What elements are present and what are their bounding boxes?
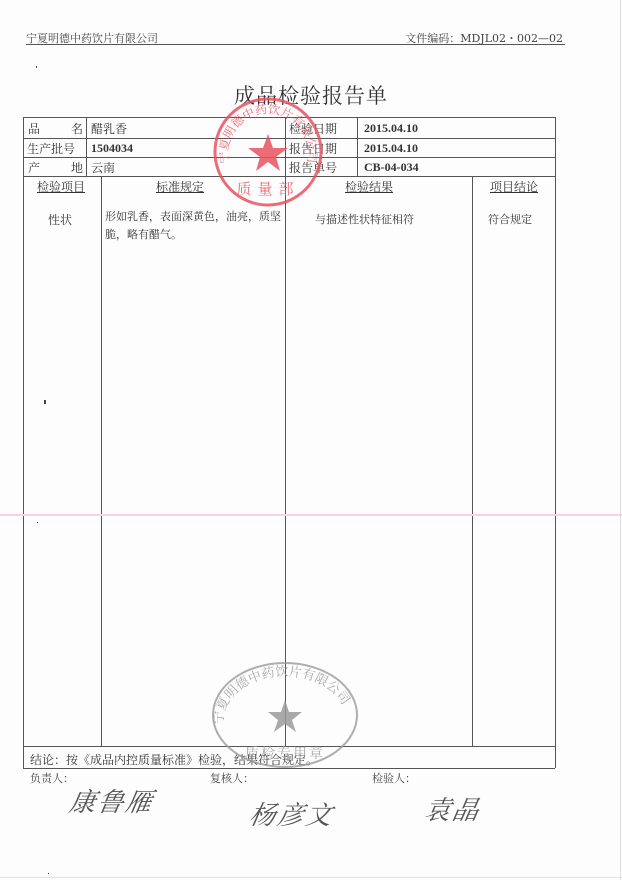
origin-label: 产 地 bbox=[28, 159, 83, 176]
product-name-label: 品 名 bbox=[28, 120, 83, 137]
column-header-item: 检验项目 bbox=[37, 178, 85, 195]
row-standard: 形如乳香，表面深黄色，油亮，质坚脆，略有醋气。 bbox=[105, 208, 285, 244]
batch-label: 生产批号 bbox=[27, 140, 75, 157]
row-verdict: 符合规定 bbox=[488, 211, 532, 227]
inspector-label: 检验人： bbox=[372, 770, 416, 786]
column-header-result: 检验结果 bbox=[345, 178, 393, 195]
batch-number: 1504034 bbox=[91, 141, 133, 156]
table-border-right bbox=[555, 117, 556, 768]
company-name: 宁夏明德中药饮片有限公司 bbox=[26, 30, 158, 46]
product-name: 醋乳香 bbox=[91, 120, 127, 137]
row-result: 与描述性状特征相符 bbox=[315, 211, 414, 227]
column-header-standard: 标准规定 bbox=[156, 178, 204, 195]
report-number: CB-04-034 bbox=[364, 160, 419, 175]
origin: 云南 bbox=[91, 159, 115, 176]
scan-artifact-line bbox=[0, 514, 622, 516]
row-item: 性状 bbox=[48, 211, 72, 228]
label-char: 地 bbox=[71, 159, 83, 176]
scan-speck bbox=[48, 873, 49, 874]
inspector-signature: 袁晶 bbox=[422, 790, 485, 827]
report-date: 2015.04.10 bbox=[364, 141, 418, 156]
table-line bbox=[86, 117, 87, 176]
column-header-verdict: 项目结论 bbox=[490, 178, 538, 195]
label-char: 产 bbox=[28, 159, 40, 176]
table-line bbox=[101, 176, 102, 746]
document-code: 文件编码：MDJL02・002—02 bbox=[405, 30, 563, 46]
reviewer-label: 复核人： bbox=[210, 770, 254, 786]
scan-speck bbox=[44, 400, 46, 404]
scan-speck bbox=[37, 522, 38, 523]
scan-speck bbox=[36, 66, 37, 68]
stamp-bottom-text: 质量部 bbox=[236, 180, 299, 198]
report-page: 宁夏明德中药饮片有限公司 文件编码：MDJL02・002—02 成品检验报告单 … bbox=[0, 0, 622, 880]
star-icon bbox=[248, 134, 288, 171]
page-edge bbox=[620, 0, 621, 880]
star-icon bbox=[268, 700, 302, 732]
document-header: 宁夏明德中药饮片有限公司 文件编码：MDJL02・002—02 bbox=[26, 30, 565, 45]
inspect-date: 2015.04.10 bbox=[364, 121, 418, 136]
inspection-stamp: 宁夏明德中药饮片有限公司 质检专用章 bbox=[210, 660, 360, 770]
page-bottom-edge bbox=[0, 877, 622, 878]
table-line bbox=[357, 117, 358, 176]
quality-dept-stamp: 宁夏明德中药饮片有限公司 质量部 bbox=[212, 96, 324, 208]
table-border-left bbox=[23, 117, 24, 768]
stamp-bottom-text: 质检专用章 bbox=[245, 745, 325, 762]
label-char: 品 bbox=[28, 120, 40, 137]
responsible-signature: 康鲁雁 bbox=[67, 782, 158, 819]
table-line bbox=[472, 176, 473, 746]
reviewer-signature: 杨彦文 bbox=[247, 795, 338, 832]
responsible-label: 负责人： bbox=[30, 770, 74, 786]
label-char: 名 bbox=[71, 120, 83, 137]
